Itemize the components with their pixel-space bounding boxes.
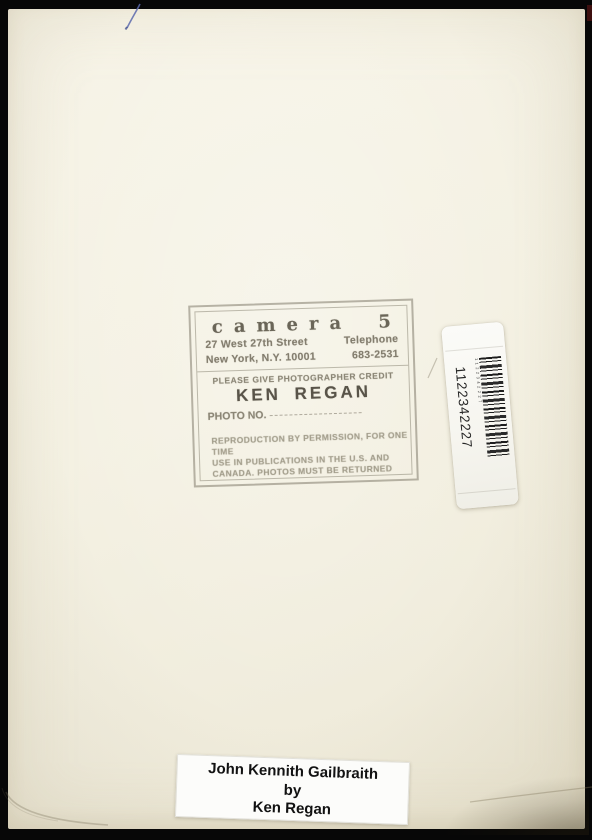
- camera5-rubber-stamp: camera 5 27 West 27th Street Telephone N…: [188, 299, 419, 488]
- stamp-conditions: REPRODUCTION BY PERMISSION, FOR ONE TIME…: [199, 430, 411, 481]
- photo-back-scan: camera 5 27 West 27th Street Telephone N…: [0, 0, 592, 840]
- barcode-label-content: 1122342227 1122342227: [445, 333, 515, 497]
- barcode-number: 1122342227: [453, 365, 479, 497]
- corner-curl-shadow: [439, 775, 589, 835]
- stamp-photo-no-row: PHOTO NO.: [199, 405, 410, 424]
- stamp-telephone-label: Telephone: [344, 332, 399, 349]
- stamp-photo-no-label: PHOTO NO.: [208, 409, 267, 423]
- stamp-inner-border: camera 5 27 West 27th Street Telephone N…: [194, 305, 412, 482]
- stamp-telephone-number: 683-2531: [352, 347, 399, 363]
- stamp-city: New York, N.Y. 10001: [206, 350, 317, 368]
- edge-artifact: [587, 5, 592, 21]
- stamp-photo-no-blank: [269, 412, 361, 416]
- caption-label: John Kennith Gailbraith by Ken Regan: [175, 754, 410, 825]
